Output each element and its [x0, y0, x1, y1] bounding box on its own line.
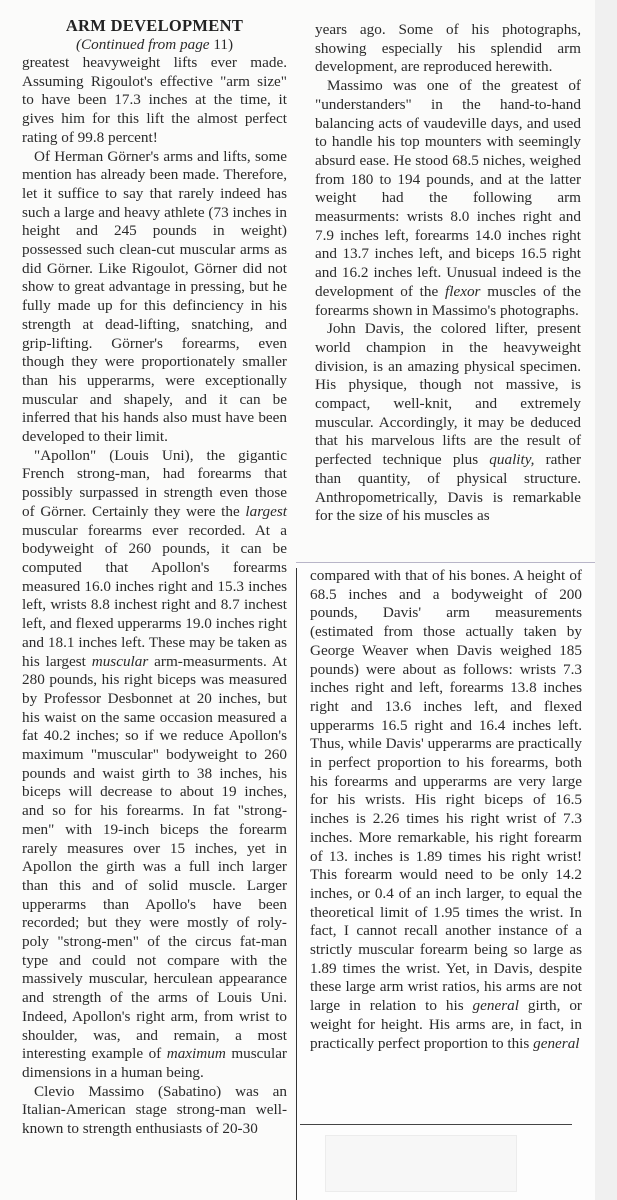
scan-margin [595, 0, 617, 1200]
paragraph-davis-measurements: compared with that of his bones. A heigh… [310, 567, 582, 1053]
text-run: Massimo was one of the greatest of "unde… [315, 77, 581, 300]
paragraph-apollon: "Apollon" (Louis Uni), the gigantic Fren… [22, 447, 287, 1083]
emphasis-maximum: maximum [167, 1045, 226, 1062]
emphasis-flexor: flexor [445, 283, 480, 300]
horizontal-rule [300, 1124, 572, 1125]
paragraph-gorner: Of Herman Görner's arms and lifts, some … [22, 148, 287, 447]
article-title: ARM DEVELOPMENT [22, 16, 287, 36]
bleed-through-table [325, 1135, 517, 1192]
emphasis-largest: largest [245, 503, 287, 520]
continued-page-number: 11 [213, 36, 228, 53]
paragraph-davis-intro: John Davis, the colored lifter, present … [315, 320, 581, 526]
left-column: ARM DEVELOPMENT (Continued from page 11)… [22, 16, 287, 1139]
continued-prefix: (Continued from page [76, 36, 210, 53]
paragraph-massimo-intro: Clevio Massimo (Sabatino) was an Italian… [22, 1083, 287, 1139]
emphasis-general: general [533, 1035, 579, 1052]
text-run: arm-measurments. At 280 pounds, his righ… [22, 653, 287, 1063]
text-run: muscular forearms ever recorded. At a bo… [22, 522, 287, 670]
paragraph-rigoulot: greatest heavyweight lifts ever made. As… [22, 54, 287, 148]
emphasis-muscular: muscular [92, 653, 149, 670]
column-rule [296, 568, 297, 1200]
paragraph-massimo-measurements: Massimo was one of the greatest of "unde… [315, 77, 581, 320]
right-column-bottom: compared with that of his bones. A heigh… [310, 567, 582, 1053]
continued-suffix: ) [228, 36, 233, 53]
emphasis-quality: quality, [489, 451, 534, 468]
text-run: compared with that of his bones. A heigh… [310, 567, 582, 1014]
continued-note: (Continued from page 11) [22, 36, 287, 54]
paragraph-massimo-photos: years ago. Some of his photographs, show… [315, 21, 581, 77]
emphasis-general: general [473, 997, 519, 1014]
text-run: John Davis, the colored lifter, present … [315, 320, 581, 468]
right-column-top: years ago. Some of his photographs, show… [315, 21, 581, 526]
